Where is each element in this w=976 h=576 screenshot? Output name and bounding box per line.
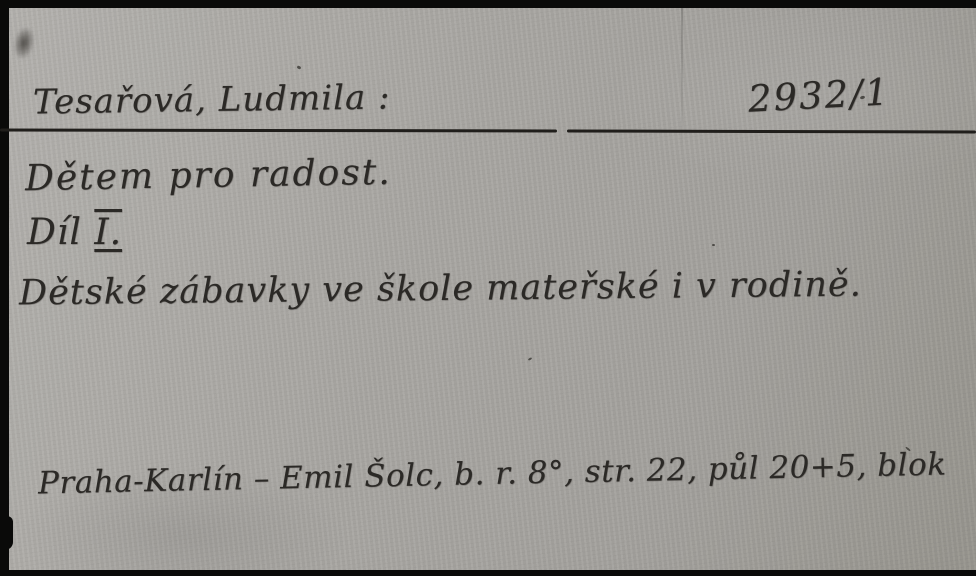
crease-mark [681, 8, 683, 158]
title-line: Dětem pro radost. [25, 152, 392, 199]
part-label: Díl [27, 212, 82, 253]
catalog-number: 2932/1 [747, 70, 891, 120]
part-line: Díl I. [27, 212, 122, 253]
scan-edge-bump [0, 516, 13, 550]
ink-speck [712, 244, 715, 246]
part-numeral: I. [94, 212, 122, 253]
scan-background: Tesařová, Ludmila : 2932/1 Dětem pro rad… [0, 0, 976, 576]
author-line: Tesařová, Ludmila : [33, 78, 391, 123]
